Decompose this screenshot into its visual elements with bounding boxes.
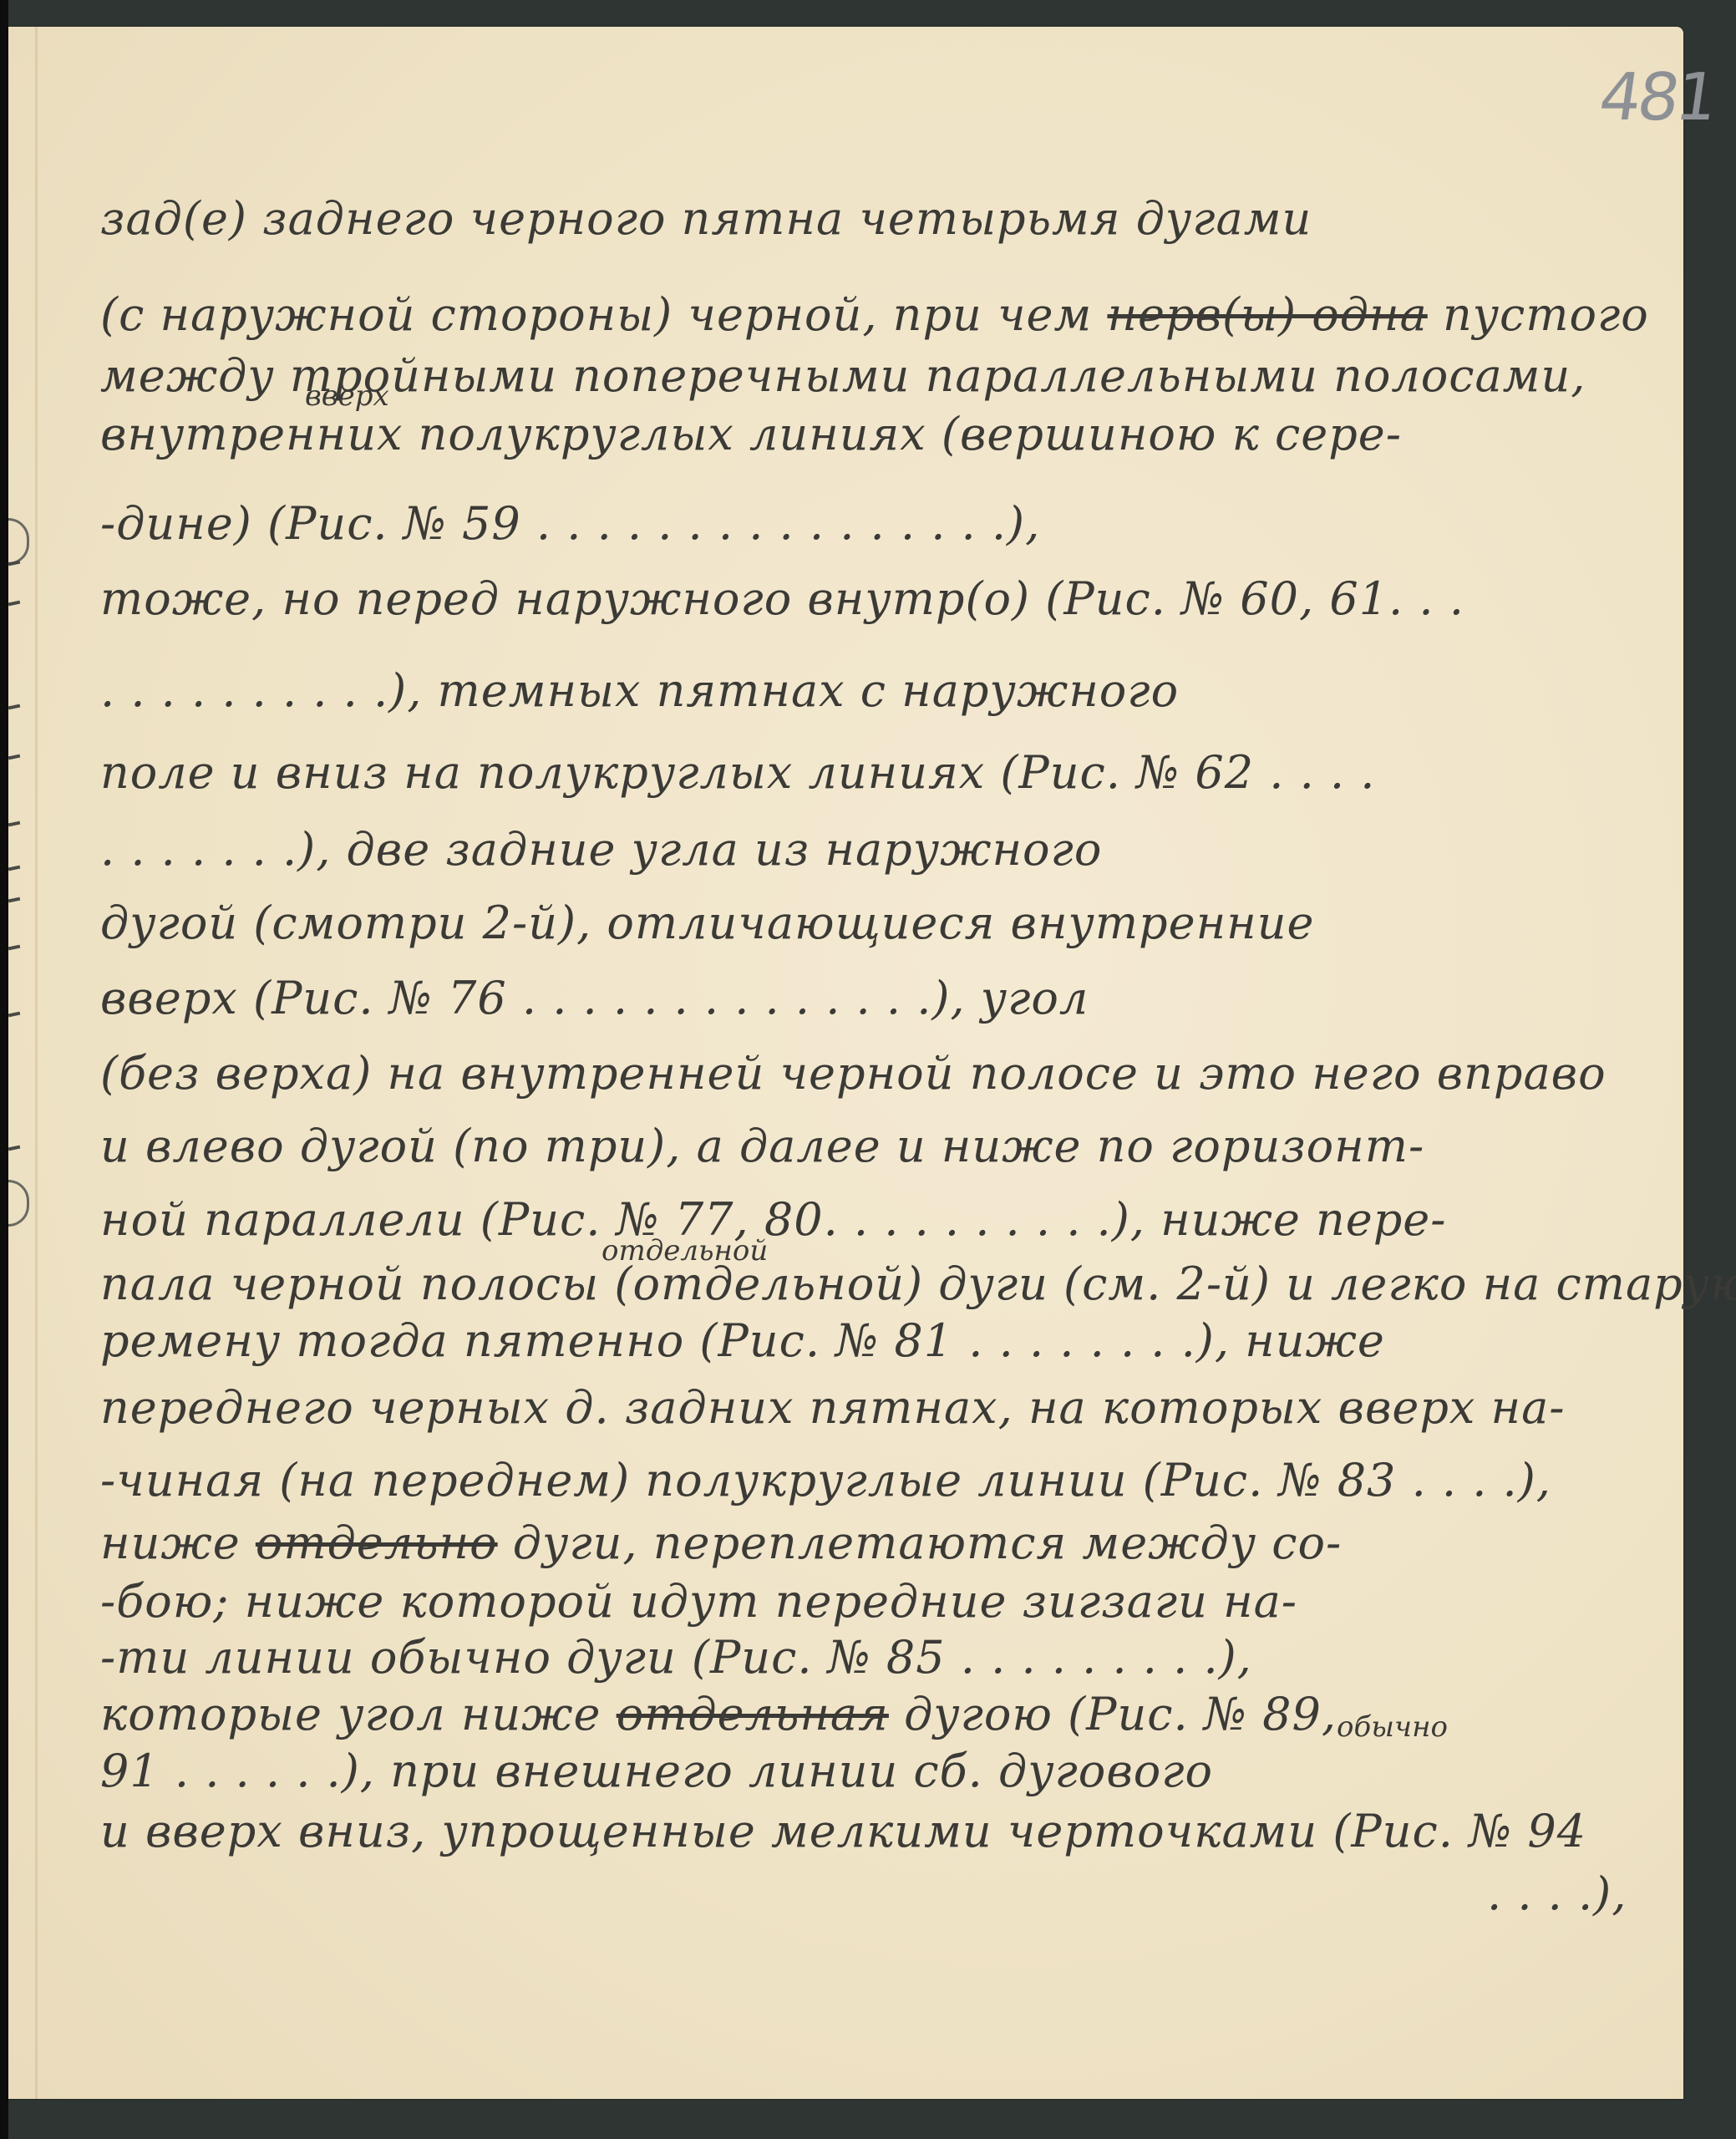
page-fold-line [35, 27, 38, 2099]
bleed-mark [8, 704, 21, 710]
text-line: переднего черных д. задних пятнах, на ко… [100, 1374, 1688, 1441]
text-line: и вверх вниз, упрощенные мелкими черточк… [100, 1798, 1688, 1865]
bleed-mark [8, 1012, 21, 1018]
text-line: внутренних полукруглых линиях (вершиною … [100, 401, 1688, 468]
bleed-mark [8, 866, 21, 871]
text-line: 91 . . . . . .), при внешнего линии сб. … [100, 1738, 1688, 1805]
text-line: ной параллели (Рис. № 77, 80. . . . . . … [100, 1186, 1688, 1253]
text-line: зад(е) заднего черного пятна четырьмя ду… [100, 185, 1688, 252]
text-line: тоже, но перед наружного внутр(о) (Рис. … [100, 566, 1688, 633]
text-line: -дине) (Рис. № 59 . . . . . . . . . . . … [100, 490, 1688, 557]
manuscript-page: 481 зад(е) заднего черного пятна четырьм… [8, 27, 1683, 2099]
text-line: -чиная (на переднем) полукруглые линии (… [100, 1447, 1688, 1514]
page-number: 481 [1595, 60, 1720, 135]
text-line: поле и вниз на полукруглых линиях (Рис. … [100, 739, 1688, 806]
bleed-mark [8, 945, 21, 951]
struck-text: нерв(ы) одна [1107, 288, 1427, 341]
text-line: (с наружной стороны) черной, при чем нер… [100, 282, 1688, 348]
text-line: (без верха) на внутренней черной полосе … [100, 1040, 1688, 1107]
text-line: . . . . . . .), две задние угла из наруж… [100, 816, 1688, 883]
bleed-mark [8, 1146, 21, 1151]
text-line: вверх (Рис. № 76 . . . . . . . . . . . .… [100, 965, 1688, 1032]
text-line: ремену тогда пятенно (Рис. № 81 . . . . … [100, 1308, 1688, 1374]
text-line: . . . . . . . . . .), темных пятнах с на… [100, 658, 1688, 724]
text-line: ниже отдельно дуги, переплетаются между … [100, 1510, 1688, 1577]
bleed-mark [8, 821, 21, 827]
bleed-mark [8, 518, 29, 565]
text-line: дугой (смотри 2-й), отличающиеся внутрен… [100, 890, 1688, 957]
bleed-mark [8, 754, 21, 760]
bleed-mark [8, 897, 21, 903]
bleed-mark [8, 601, 21, 607]
struck-text: отдельная [617, 1688, 889, 1740]
scan-edge [0, 0, 8, 2139]
struck-text: отдельно [256, 1517, 498, 1569]
text-line: и влево дугой (по три), а далее и ниже п… [100, 1113, 1688, 1180]
text-line: . . . .), [1487, 1861, 1688, 1928]
bleed-mark [8, 1180, 29, 1227]
